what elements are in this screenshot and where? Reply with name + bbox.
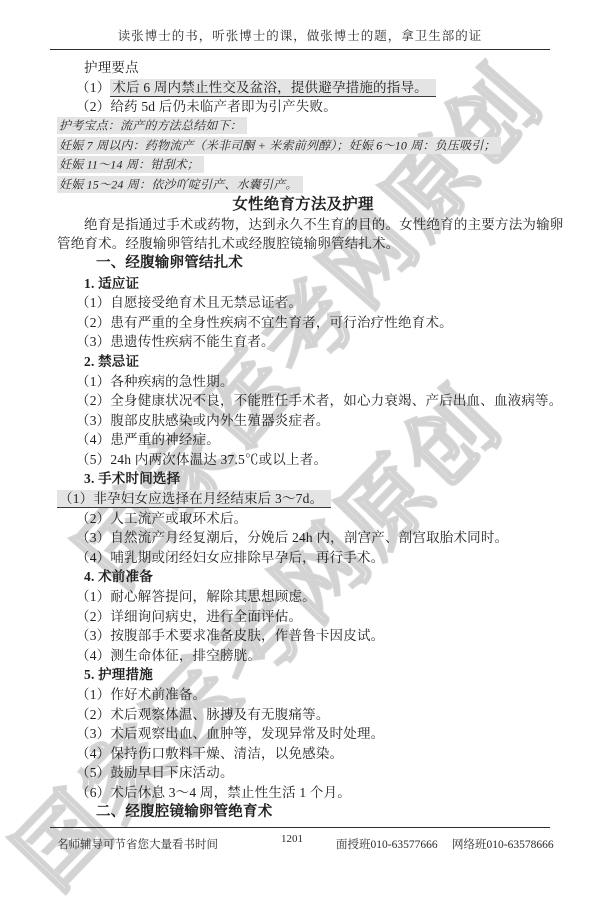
list-item: （5）鼓励早日下床活动。 [57,763,549,783]
footer-slogan: 名师辅导可节省您大量看书时间 [57,836,218,852]
list-item: （6）术后休息 3～4 周，禁止性生活 1 个月。 [57,783,549,803]
exam-tip-text: 护考宝点：流产的方法总结如下： [57,117,247,134]
list-item: （2）全身健康状况不良，不能胜任手术者，如心力衰竭、产后出血、血液病等。 [57,391,549,411]
list-item: （1）耐心解答提问，解除其思想顾虑。 [57,587,549,607]
list-item: （2）术后观察体温、脉搏及有无腹痛等。 [57,705,549,725]
list-item: （3）术后观察出血、血肿等，发现异常及时处理。 [57,724,549,744]
exam-tip-text: 妊娠 7 周以内：药物流产（米非司酮 + 米索前列醇）；妊娠 6～10 周：负压… [57,137,501,154]
item-prefix: （1） [76,80,110,95]
section-1-heading: 一、经腹输卵管结扎术 [57,254,549,274]
footer: 名师辅导可节省您大量看书时间 1201 面授班010-63577666 网络班0… [0,833,600,851]
highlighted-underlined-text: 术后 6 周内禁止性交及盆浴，提供避孕措施的指导。 [110,79,436,97]
list-item: （2）患有严重的全身性疾病不宜生育者，可行治疗性绝育术。 [57,313,549,333]
article-title: 女性绝育方法及护理 [57,195,549,215]
subsection-1-heading: 1. 适应证 [57,274,549,294]
care-point-item-2: （2）给药 5d 后仍未临产者即为引产失败。 [57,97,549,117]
section-2-heading: 二、经腹腔镜输卵管绝育术 [57,803,549,823]
page-content: 护理要点 （1）术后 6 周内禁止性交及盆浴，提供避孕措施的指导。 （2）给药 … [57,58,549,822]
header-slogan: 读张博士的书，听张博士的课，做张博士的题，拿卫生部的证 [0,26,600,44]
list-item: （2）人工流产或取环术后。 [57,509,549,529]
highlighted-underlined-text: （1）非孕妇女应选择在月经结束后 3～7d。 [57,490,331,508]
list-item: （3）按腹部手术要求准备皮肤，作普鲁卡因皮试。 [57,626,549,646]
article-intro-line-2: 管绝育术。经腹输卵管结扎术或经腹腔镜输卵管结扎术。 [57,234,549,254]
subsection-3-heading: 3. 手术时间选择 [57,469,549,489]
header-rule [50,49,550,50]
footer-rule [50,827,550,828]
document-page: 读张博士的书，听张博士的课，做张博士的题，拿卫生部的证 国家医考网原创 国家医考… [0,0,600,912]
list-item: （1）各种疾病的急性期。 [57,372,549,392]
exam-tip-text: 妊娠 11～14 周：钳刮术； [57,156,204,173]
list-item: （5）24h 内两次体温达 37.5℃或以上者。 [57,450,549,470]
list-item: （4）保持伤口敷料干燥、清洁，以免感染。 [57,744,549,764]
list-item-highlighted: （1）非孕妇女应选择在月经结束后 3～7d。 [57,489,549,509]
exam-tip-line: 妊娠 7 周以内：药物流产（米非司酮 + 米索前列醇）；妊娠 6～10 周：负压… [57,136,549,156]
subsection-2-heading: 2. 禁忌证 [57,352,549,372]
list-item: （4）哺乳期或闭经妇女应排除早孕后，再行手术。 [57,548,549,568]
list-item: （3）自然流产月经复潮后，分娩后 24h 内，剖宫产、剖宫取胎术同时。 [57,528,549,548]
subsection-4-heading: 4. 术前准备 [57,567,549,587]
exam-tip-text: 妊娠 15～24 周：依沙吖啶引产、水囊引产。 [57,176,303,193]
care-points-heading: 护理要点 [57,58,549,78]
list-item: （3）腹部皮肤感染或内外生殖器炎症者。 [57,411,549,431]
list-item: （1）自愿接受绝育术且无禁忌证者。 [57,293,549,313]
footer-phone-online: 网络班010-63578666 [452,836,554,852]
footer-phone-onsite: 面授班010-63577666 [336,836,438,852]
exam-tip-line: 护考宝点：流产的方法总结如下： [57,117,549,137]
article-intro-line-1: 绝育是指通过手术或药物，达到永久不生育的目的。女性绝育的主要方法为输卵 [57,215,549,235]
list-item: （2）详细询问病史，进行全面评估。 [57,607,549,627]
exam-tip-line: 妊娠 11～14 周：钳刮术； [57,156,549,176]
subsection-5-heading: 5. 护理措施 [57,665,549,685]
list-item: （3）患遗传性疾病不能生育者。 [57,332,549,352]
care-point-item-1: （1）术后 6 周内禁止性交及盆浴，提供避孕措施的指导。 [57,78,549,98]
page-number: 1201 [281,833,303,845]
exam-tip-line: 妊娠 15～24 周：依沙吖啶引产、水囊引产。 [57,176,549,196]
list-item: （4）测生命体征，排空膀胱。 [57,646,549,666]
list-item: （4）患严重的神经症。 [57,430,549,450]
list-item: （1）作好术前准备。 [57,685,549,705]
